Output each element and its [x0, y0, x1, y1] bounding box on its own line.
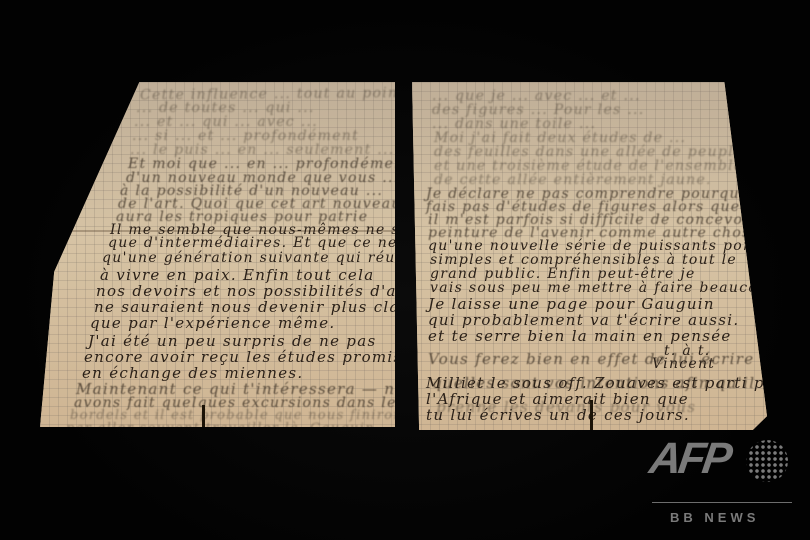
- afp-bb-news-watermark: AFP BB NEWS: [642, 426, 792, 526]
- handwritten-text-right: ... que je ... avec ... et ... des figur…: [412, 82, 767, 430]
- handwritten-line: qu'une génération suivante qui réussira: [102, 250, 395, 266]
- letter-page-right: ... que je ... avec ... et ... des figur…: [412, 82, 767, 430]
- handwritten-line: que par l'expérience même.: [90, 314, 335, 332]
- paper-tear: [590, 400, 593, 430]
- handwritten-line: que d'intermédiaires. Et que ce ne sera: [108, 235, 395, 251]
- paper-tear: [202, 405, 205, 427]
- bb-news-label: BB NEWS: [670, 510, 759, 525]
- handwritten-line: tu lui écrives un de ces jours.: [426, 406, 690, 424]
- dotted-globe-icon: [742, 438, 788, 484]
- afp-logo-text: AFP: [646, 434, 732, 484]
- handwritten-line: vais sous peu me mettre à faire beaucoup…: [430, 280, 767, 296]
- signature: Vincent: [652, 356, 715, 372]
- watermark-divider: [652, 502, 792, 503]
- handwritten-line: par aller souvent travailler là. Gauguin: [66, 421, 375, 427]
